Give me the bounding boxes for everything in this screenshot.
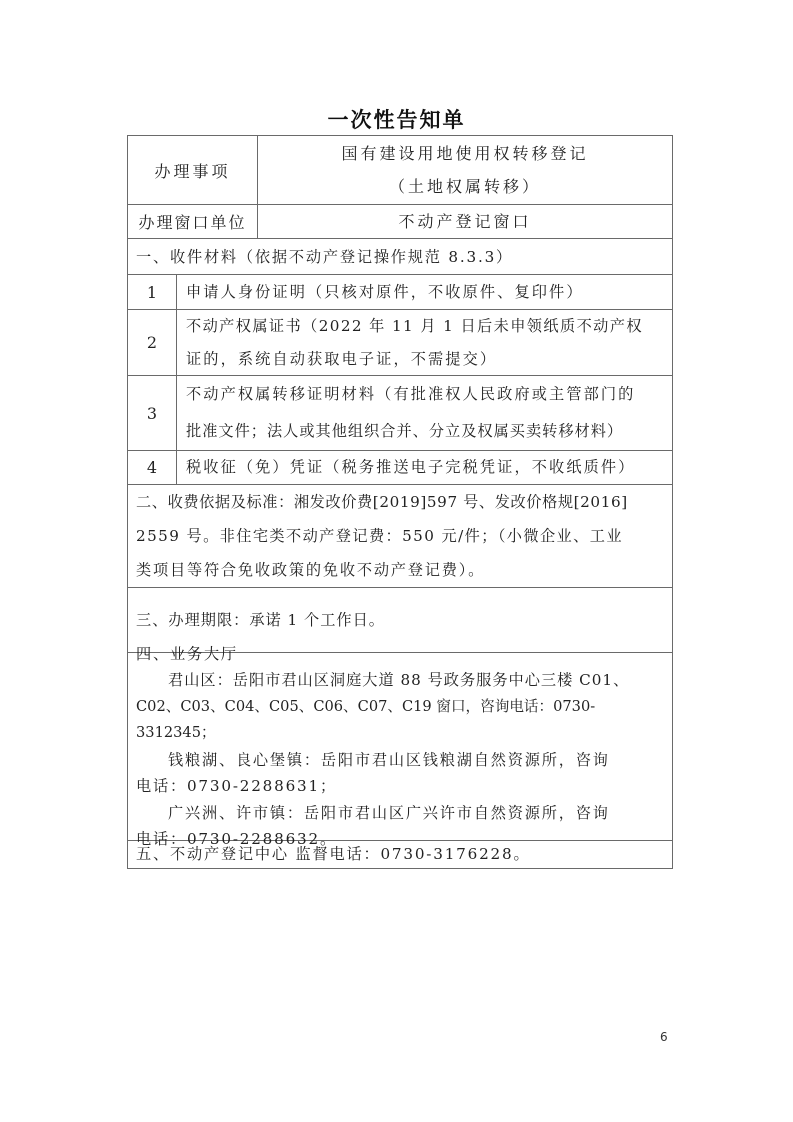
- value-matter-line1: 国有建设用地使用权转移登记: [341, 137, 588, 170]
- hall-line: 电话：0730-2288631；: [136, 773, 666, 800]
- section4-heading: 四、业务大厅: [136, 641, 666, 668]
- material-row-4: 4 税收征（免）凭证（税务推送电子完税凭证，不收纸质件）: [128, 451, 672, 485]
- section4-service-hall: 四、业务大厅 君山区：岳阳市君山区洞庭大道 88 号政务服务中心三楼 C01、 …: [128, 653, 672, 840]
- section2-fee-basis: 二、收费依据及标准：湘发改价费[2019]597 号、发改价格规[2016] 2…: [128, 485, 672, 587]
- section2-line: 二、收费依据及标准：湘发改价费[2019]597 号、发改价格规[2016]: [136, 485, 666, 519]
- section2-line: 2559 号。非住宅类不动产登记费：550 元/件；（小微企业、工业: [136, 519, 666, 553]
- row-matter: 办理事项 国有建设用地使用权转移登记 （土地权属转移）: [128, 136, 672, 205]
- section5-row: 五、不动产登记中心 监督电话：0730-3176228。: [128, 841, 672, 868]
- material-line: 申请人身份证明（只核对原件，不收原件、复印件）: [186, 276, 666, 309]
- material-number: 2: [128, 310, 177, 375]
- material-text: 不动产权属转移证明材料（有批准权人民政府或主管部门的 批准文件；法人或其他组织合…: [177, 376, 672, 450]
- material-text: 不动产权属证书（2022 年 11 月 1 日后未申领纸质不动产权 证的，系统自…: [177, 310, 672, 375]
- material-number: 4: [128, 451, 177, 484]
- material-row-3: 3 不动产权属转移证明材料（有批准权人民政府或主管部门的 批准文件；法人或其他组…: [128, 376, 672, 451]
- section1-heading: 一、收件材料（依据不动产登记操作规范 8.3.3）: [128, 239, 672, 274]
- label-window-unit: 办理窗口单位: [128, 205, 258, 238]
- material-row-1: 1 申请人身份证明（只核对原件，不收原件、复印件）: [128, 275, 672, 310]
- hall-line: 广兴洲、许市镇：岳阳市君山区广兴许市自然资源所，咨询: [136, 800, 666, 827]
- label-matter: 办理事项: [128, 136, 258, 204]
- material-line: 税收征（免）凭证（税务推送电子完税凭证，不收纸质件）: [186, 451, 666, 484]
- material-number: 1: [128, 275, 177, 309]
- section2-line: 类项目等符合免收政策的免收不动产登记费）。: [136, 553, 666, 587]
- material-line: 批准文件；法人或其他组织合并、分立及权属买卖转移材料）: [186, 413, 666, 450]
- hall-line: 君山区：岳阳市君山区洞庭大道 88 号政务服务中心三楼 C01、: [136, 667, 666, 694]
- section1-heading-row: 一、收件材料（依据不动产登记操作规范 8.3.3）: [128, 239, 672, 275]
- value-matter-line2: （土地权属转移）: [389, 170, 541, 203]
- value-matter: 国有建设用地使用权转移登记 （土地权属转移）: [258, 136, 672, 204]
- section2-row: 二、收费依据及标准：湘发改价费[2019]597 号、发改价格规[2016] 2…: [128, 485, 672, 588]
- section4-row: 四、业务大厅 君山区：岳阳市君山区洞庭大道 88 号政务服务中心三楼 C01、 …: [128, 653, 672, 841]
- value-window-unit-text: 不动产登记窗口: [398, 205, 531, 238]
- notice-table: 办理事项 国有建设用地使用权转移登记 （土地权属转移） 办理窗口单位 不动产登记…: [127, 135, 673, 869]
- material-row-2: 2 不动产权属证书（2022 年 11 月 1 日后未申领纸质不动产权 证的，系…: [128, 310, 672, 376]
- material-line: 不动产权属证书（2022 年 11 月 1 日后未申领纸质不动产权: [186, 310, 666, 343]
- section5-supervision-phone: 五、不动产登记中心 监督电话：0730-3176228。: [128, 841, 672, 868]
- material-line: 不动产权属转移证明材料（有批准权人民政府或主管部门的: [186, 376, 666, 413]
- material-text: 税收征（免）凭证（税务推送电子完税凭证，不收纸质件）: [177, 451, 672, 484]
- material-line: 证的，系统自动获取电子证，不需提交）: [186, 343, 666, 376]
- page-number: 6: [660, 1030, 668, 1044]
- hall-line: C02、C03、C04、C05、C06、C07、C19 窗口，咨询电话：0730…: [136, 694, 666, 747]
- value-window-unit: 不动产登记窗口: [258, 205, 672, 238]
- material-text: 申请人身份证明（只核对原件，不收原件、复印件）: [177, 275, 672, 309]
- document-title: 一次性告知单: [0, 104, 793, 134]
- row-window-unit: 办理窗口单位 不动产登记窗口: [128, 205, 672, 239]
- material-number: 3: [128, 376, 177, 450]
- hall-line: 钱粮湖、良心堡镇：岳阳市君山区钱粮湖自然资源所，咨询: [136, 747, 666, 774]
